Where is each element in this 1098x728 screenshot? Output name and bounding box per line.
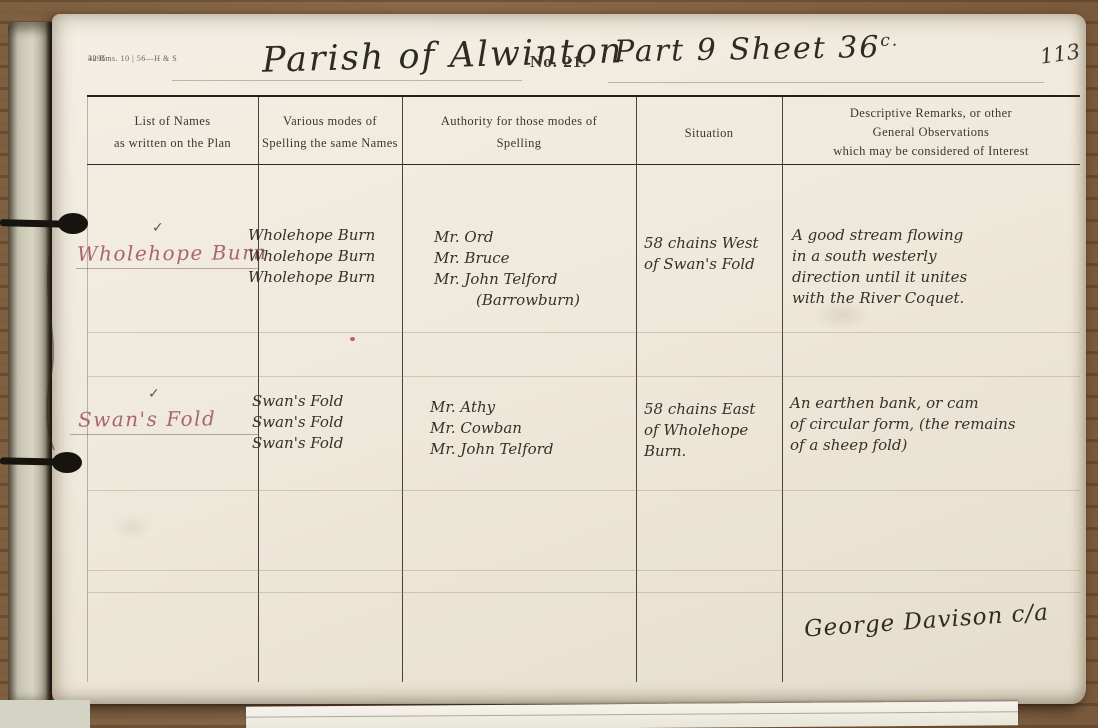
col-header-line: Spelling: [402, 132, 636, 154]
col-header-authority: Authority for those modes of Spelling: [402, 110, 636, 154]
remark-line: of a sheep fold): [790, 435, 1016, 456]
authority-line: Mr. John Telford: [434, 269, 580, 290]
paper-smudge: [112, 514, 152, 540]
col-header-line: as written on the Plan: [87, 132, 258, 154]
column-divider-4: [782, 97, 783, 682]
remark-line: direction until it unites: [792, 267, 967, 288]
name-book-page: 30 Rms. 10 | 56—H & S 4295 Parish of Alw…: [52, 14, 1086, 704]
column-divider-3: [636, 97, 637, 682]
situation-line: Burn.: [644, 441, 755, 462]
folio-number: 113: [1039, 39, 1082, 68]
part-sheet-script: Part 9 Sheet 36c.: [614, 30, 900, 70]
col-header-line: Authority for those modes of: [402, 110, 636, 132]
paper-smudge: [812, 300, 872, 330]
authorities-row1: Mr. Ord Mr. Bruce Mr. John Telford (Barr…: [434, 227, 580, 311]
situation-line: 58 chains West: [644, 233, 759, 254]
col-header-line: which may be considered of Interest: [782, 142, 1080, 161]
situation-line: 58 chains East: [644, 399, 755, 420]
remark-line: in a south westerly: [792, 246, 967, 267]
situation-line: of Wholehope: [644, 420, 755, 441]
table-top-border: [87, 95, 1080, 97]
ink-dot: [350, 337, 355, 341]
checkmark-icon: ✓: [148, 386, 160, 402]
situation-line: of Swan's Fold: [644, 254, 759, 275]
spellings-row2: Swan's Fold Swan's Fold Swan's Fold: [252, 391, 343, 454]
col-header-names: List of Names as written on the Plan: [87, 110, 258, 154]
spelling-line: Swan's Fold: [252, 391, 343, 412]
authority-line: Mr. Cowban: [430, 418, 553, 439]
ruled-line: [87, 592, 1080, 593]
ruled-line: [87, 332, 1080, 333]
col-header-remarks: Descriptive Remarks, or other General Ob…: [782, 104, 1080, 161]
underlying-page-rule: [246, 711, 1018, 717]
scanned-name-book-photo: 30 Rms. 10 | 56—H & S 4295 Parish of Alw…: [0, 0, 1098, 728]
imprint-line2: 4295: [88, 54, 106, 63]
authority-line: Mr. Ord: [434, 227, 580, 248]
spelling-line: Swan's Fold: [252, 433, 343, 454]
remark-line: An earthen bank, or cam: [790, 393, 1016, 414]
header-underline-left: [172, 80, 522, 81]
underlying-page-sliver: [0, 700, 90, 728]
ruled-line: [87, 490, 1080, 491]
spelling-line: Swan's Fold: [252, 412, 343, 433]
situation-row2: 58 chains East of Wholehope Burn.: [644, 399, 755, 462]
header-bottom-border: [87, 164, 1080, 165]
col-header-line: Various modes of: [258, 110, 402, 132]
col-header-spellings: Various modes of Spelling the same Names: [258, 110, 402, 154]
remarks-row2: An earthen bank, or cam of circular form…: [790, 393, 1016, 456]
authority-line: Mr. Bruce: [434, 248, 580, 269]
col-header-line: Situation: [636, 122, 782, 144]
spellings-row1: Wholehope Burn Wholehope Burn Wholehope …: [248, 225, 375, 288]
surveyor-signature: George Davison c/a: [803, 599, 1049, 642]
sheet-letter: c.: [880, 31, 899, 51]
ruled-line: [87, 376, 1080, 377]
col-header-situation: Situation: [636, 122, 782, 144]
checkmark-icon: ✓: [152, 220, 164, 236]
loose-thread: [0, 240, 120, 460]
remark-line: of circular form, (the remains: [790, 414, 1016, 435]
spelling-line: Wholehope Burn: [248, 225, 375, 246]
col-header-line: List of Names: [87, 110, 258, 132]
number-label: No. 21.: [530, 52, 588, 72]
col-header-line: General Observations: [782, 123, 1080, 142]
remark-line: A good stream flowing: [792, 225, 967, 246]
spelling-line: Wholehope Burn: [248, 267, 375, 288]
col-header-line: Spelling the same Names: [258, 132, 402, 154]
situation-row1: 58 chains West of Swan's Fold: [644, 233, 759, 275]
underlying-page-strip: [246, 701, 1018, 728]
column-divider-1: [258, 97, 259, 682]
header-underline-right: [608, 82, 1044, 83]
part-sheet-text: Part 9 Sheet 36: [614, 30, 881, 70]
thread-knot: [58, 213, 88, 234]
ruled-line: [87, 570, 1080, 571]
column-divider-2: [402, 97, 403, 682]
remarks-row1: A good stream flowing in a south westerl…: [792, 225, 967, 309]
authority-line: Mr. John Telford: [430, 439, 553, 460]
authority-note: (Barrowburn): [434, 290, 580, 311]
authority-line: Mr. Athy: [430, 397, 553, 418]
spelling-line: Wholehope Burn: [248, 246, 375, 267]
authorities-row2: Mr. Athy Mr. Cowban Mr. John Telford: [430, 397, 553, 460]
col-header-line: Descriptive Remarks, or other: [782, 104, 1080, 123]
